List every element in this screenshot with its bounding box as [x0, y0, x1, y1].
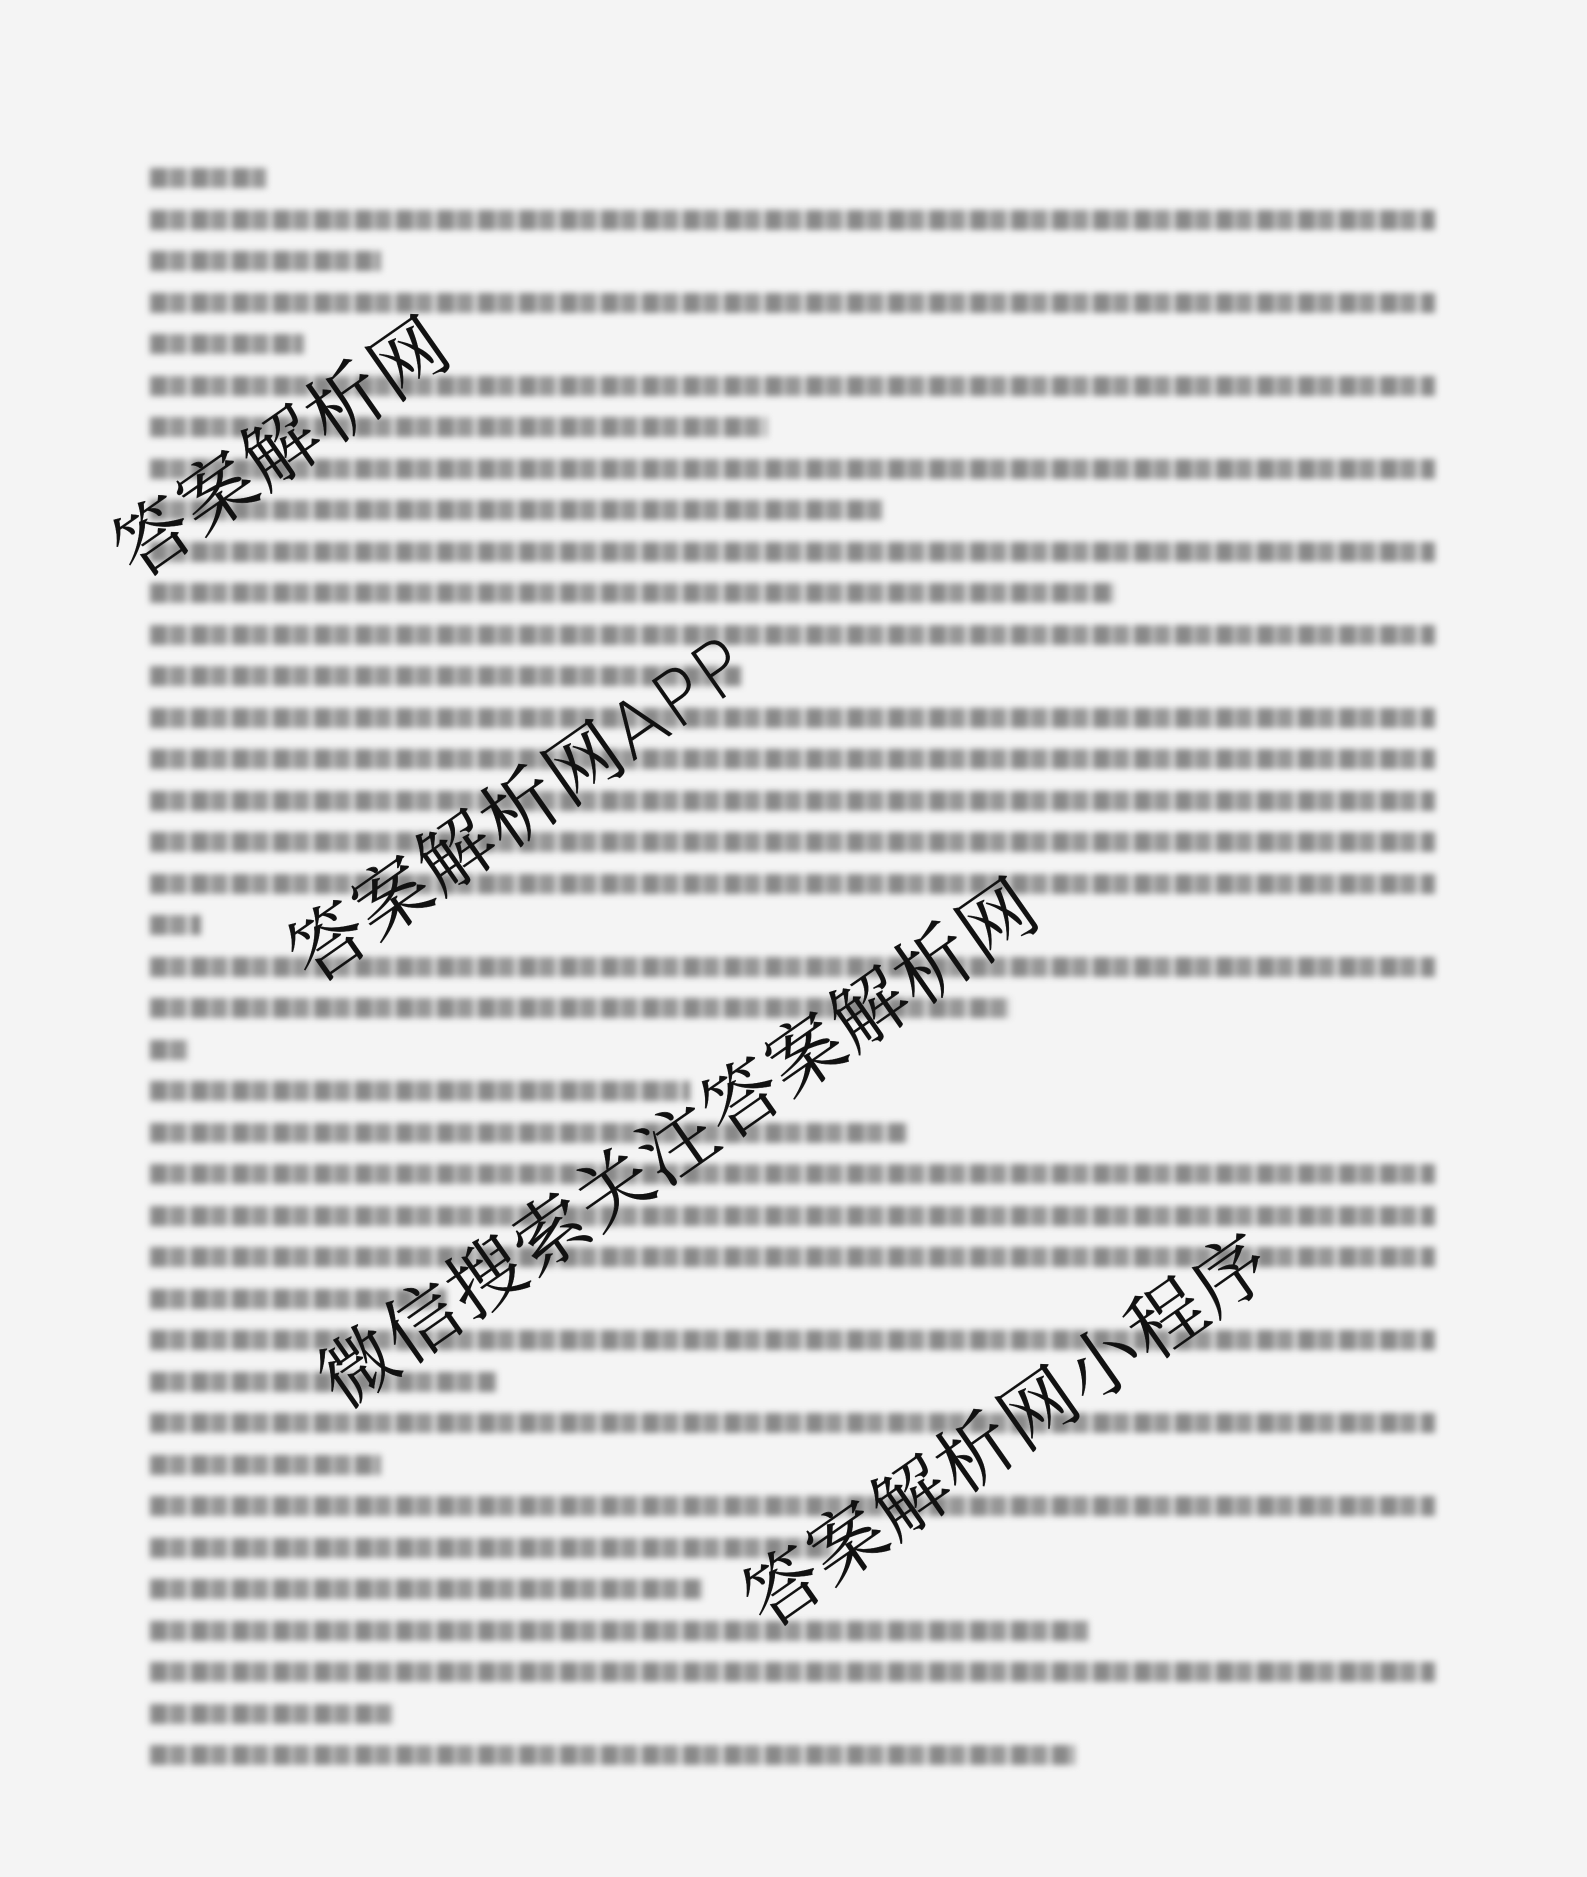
- text-line: [150, 1154, 1435, 1196]
- obscured-text: [150, 1579, 703, 1599]
- text-line: [150, 158, 1435, 200]
- obscured-text: [150, 293, 1435, 313]
- obscured-text: [150, 334, 304, 354]
- obscured-text: [150, 1704, 394, 1724]
- text-line: [150, 200, 1435, 242]
- text-line: [150, 241, 1435, 283]
- obscured-text: [150, 1662, 1435, 1682]
- obscured-text: [150, 1745, 1075, 1765]
- obscured-text: [150, 791, 1435, 811]
- text-line: [150, 532, 1435, 574]
- obscured-text: [150, 542, 1435, 562]
- text-line: [150, 283, 1435, 325]
- text-line: [150, 573, 1435, 615]
- text-line: [150, 656, 1435, 698]
- obscured-text: [150, 1413, 1435, 1433]
- obscured-text: [150, 1621, 1088, 1641]
- obscured-text: [150, 583, 1114, 603]
- text-line: [150, 739, 1435, 781]
- obscured-text: [150, 625, 1435, 645]
- text-line: [150, 698, 1435, 740]
- obscured-text: [150, 168, 266, 188]
- text-line: [150, 1652, 1435, 1694]
- text-line: [150, 1735, 1435, 1777]
- obscured-text: [150, 1164, 1435, 1184]
- obscured-text: [150, 1040, 189, 1060]
- obscured-text: [150, 749, 1435, 769]
- obscured-text: [150, 1123, 908, 1143]
- text-line: [150, 1445, 1435, 1487]
- document-page: 答案解析网 答案解析网APP 微信搜索关注答案解析网 答案解析网小程序: [0, 0, 1587, 1877]
- text-line: [150, 1694, 1435, 1736]
- obscured-text: [150, 915, 201, 935]
- obscured-text: [150, 251, 381, 271]
- obscured-text: [150, 832, 1435, 852]
- text-line: [150, 615, 1435, 657]
- text-line: [150, 490, 1435, 532]
- obscured-text: [150, 210, 1435, 230]
- text-line: [150, 781, 1435, 823]
- obscured-text: [150, 1455, 381, 1475]
- obscured-text: [150, 708, 1435, 728]
- obscured-text: [150, 1081, 690, 1101]
